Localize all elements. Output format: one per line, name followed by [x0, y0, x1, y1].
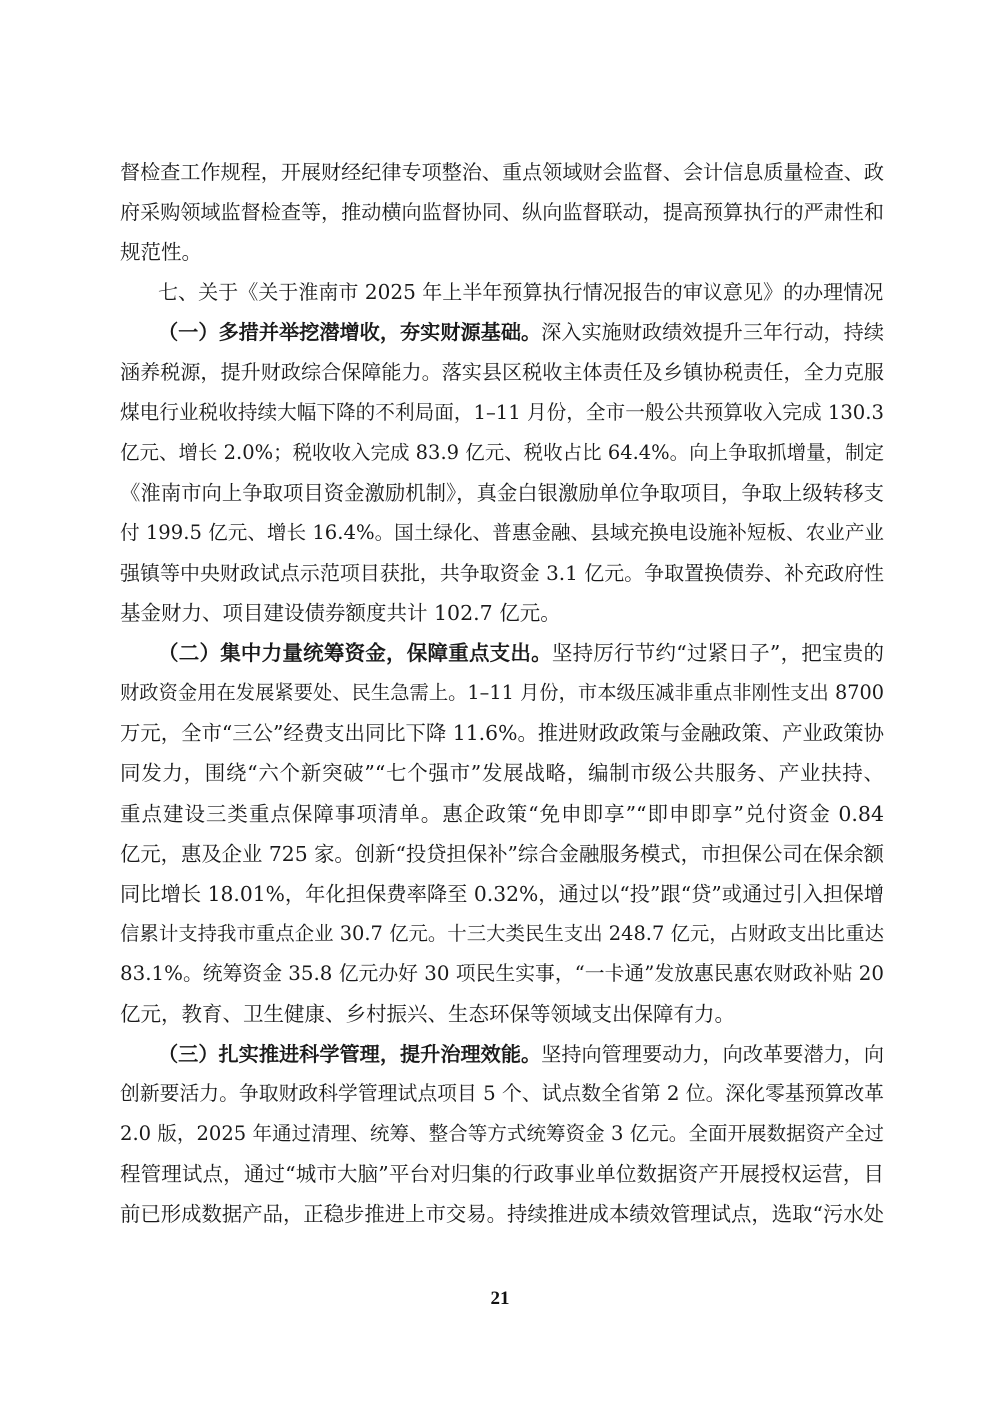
text-line: 83.1%。统筹资金 35.8 亿元办好 30 项民生实事，“一卡通”发放惠民惠… [120, 954, 884, 994]
text-line: 亿元、增长 2.0%；税收收入完成 83.9 亿元、税收占比 64.4%。向上争… [120, 433, 884, 473]
page-number: 21 [0, 1288, 1000, 1310]
document-page: 督检查工作规程，开展财经纪律专项整治、重点领域财会监督、会计信息质量检查、政 府… [0, 0, 1000, 1415]
text-line: 规范性。 [120, 232, 884, 272]
text-line: 涵养税源，提升财政综合保障能力。落实县区税收主体责任及乡镇协税责任，全力克服 [120, 352, 884, 392]
subsection-heading: （一）多措并举挖潜增收，夯实财源基础。 [158, 320, 541, 344]
text-line: 督检查工作规程，开展财经纪律专项整治、重点领域财会监督、会计信息质量检查、政 [120, 152, 884, 192]
document-body: 督检查工作规程，开展财经纪律专项整治、重点领域财会监督、会计信息质量检查、政 府… [120, 152, 884, 1235]
text-line: 2.0 版，2025 年通过清理、统筹、整合等方式统筹资金 3 亿元。全面开展数… [120, 1114, 884, 1154]
text-run: 坚持向管理要动力，向改革要潜力，向 [541, 1042, 884, 1066]
subsection-first-line: （二）集中力量统筹资金，保障重点支出。坚持厉行节约“过紧日子”，把宝贵的 [120, 633, 884, 673]
text-line: 前已形成数据产品，正稳步推进上市交易。持续推进成本绩效管理试点，选取“污水处 [120, 1194, 884, 1234]
text-line: 强镇等中央财政试点示范项目获批，共争取资金 3.1 亿元。争取置换债券、补充政府… [120, 553, 884, 593]
section-heading: 七、关于《关于淮南市 2025 年上半年预算执行情况报告的审议意见》的办理情况 [120, 272, 884, 312]
text-line: 同比增长 18.01%，年化担保费率降至 0.32%，通过以“投”跟“贷”或通过… [120, 874, 884, 914]
subsection-heading: （三）扎实推进科学管理，提升治理效能。 [158, 1042, 541, 1066]
text-line: 亿元，惠及企业 725 家。创新“投贷担保补”综合金融服务模式，市担保公司在保余… [120, 834, 884, 874]
text-line: 同发力，围绕“六个新突破”“七个强市”发展战略，编制市级公共服务、产业扶持、 [120, 753, 884, 793]
text-line: 基金财力、项目建设债券额度共计 102.7 亿元。 [120, 593, 884, 633]
text-line: 创新要活力。争取财政科学管理试点项目 5 个、试点数全省第 2 位。深化零基预算… [120, 1074, 884, 1114]
text-line: 煤电行业税收持续大幅下降的不利局面，1–11 月份，全市一般公共预算收入完成 1… [120, 393, 884, 433]
text-run: 坚持厉行节约“过紧日子”，把宝贵的 [552, 641, 884, 665]
text-line: 付 199.5 亿元、增长 16.4%。国土绿化、普惠金融、县域充换电设施补短板… [120, 513, 884, 553]
text-line: 府采购领域监督检查等，推动横向监督协同、纵向监督联动，提高预算执行的严肃性和 [120, 192, 884, 232]
text-line: 财政资金用在发展紧要处、民生急需上。1–11 月份，市本级压减非重点非刚性支出 … [120, 673, 884, 713]
subsection-first-line: （三）扎实推进科学管理，提升治理效能。坚持向管理要动力，向改革要潜力，向 [120, 1034, 884, 1074]
text-line: 《淮南市向上争取项目资金激励机制》，真金白银激励单位争取项目，争取上级转移支 [120, 473, 884, 513]
subsection-first-line: （一）多措并举挖潜增收，夯实财源基础。深入实施财政绩效提升三年行动，持续 [120, 312, 884, 352]
text-line: 信累计支持我市重点企业 30.7 亿元。十三大类民生支出 248.7 亿元，占财… [120, 914, 884, 954]
subsection-heading: （二）集中力量统筹资金，保障重点支出。 [158, 641, 552, 665]
text-run: 深入实施财政绩效提升三年行动，持续 [541, 320, 884, 344]
text-line: 亿元，教育、卫生健康、乡村振兴、生态环保等领域支出保障有力。 [120, 994, 884, 1034]
text-line: 程管理试点，通过“城市大脑”平台对归集的行政事业单位数据资产开展授权运营，目 [120, 1154, 884, 1194]
text-line: 重点建设三类重点保障事项清单。惠企政策“免申即享”“即申即享”兑付资金 0.84 [120, 794, 884, 834]
text-line: 万元，全市“三公”经费支出同比下降 11.6%。推进财政政策与金融政策、产业政策… [120, 713, 884, 753]
